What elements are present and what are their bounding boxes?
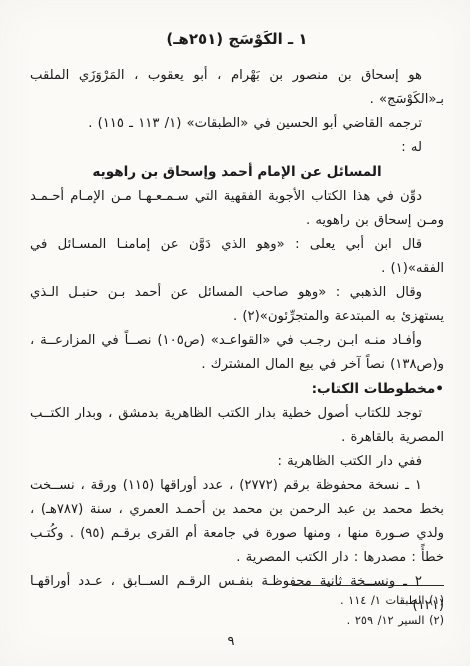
lahu-line: له : xyxy=(30,136,444,160)
work-paragraph-2: قال ابن أبي يعلى : «وهو الذي دَوَّن عن إ… xyxy=(30,233,444,281)
manuscripts-heading: •مخطوطات الكتاب: xyxy=(30,377,444,402)
entry-title: ١ ـ الكَوْسَج (٢٥١هـ) xyxy=(30,28,444,50)
manuscripts-paragraph-2: ففي دار الكتب الظاهرية : xyxy=(30,450,444,474)
work-title-heading: المسائل عن الإمام أحمد وإسحاق بن راهويه xyxy=(30,160,444,185)
footnote-2: (٢) السير ١٢/ ٢٥٩ . xyxy=(30,611,444,631)
manuscripts-paragraph-3: ١ ـ نسخة محفوظة برقم (٢٧٧٢) ، عدد أوراقه… xyxy=(30,474,444,570)
footnotes-block: (١) الطبقات ١/ ١١٤ . (٢) السير ١٢/ ٢٥٩ . xyxy=(30,585,444,631)
work-paragraph-4: وأفـاد منـه ابـن رجـب في «القواعـد» (ص١٠… xyxy=(30,329,444,377)
work-paragraph-3: وقال الذهبي : «وهو صاحب المسائل عن أحمد … xyxy=(30,281,444,329)
manuscripts-paragraph-1: توجد للكتاب أصول خطية بدار الكتب الظاهري… xyxy=(30,402,444,450)
page-number: ٩ xyxy=(0,633,462,651)
footnote-separator-rule xyxy=(292,585,444,586)
page-content: ١ ـ الكَوْسَج (٢٥١هـ) هو إسحاق بن منصور … xyxy=(30,28,444,618)
footnote-1: (١) الطبقات ١/ ١١٤ . xyxy=(30,591,444,611)
tarjama-paragraph: ترجمه القاضي أبو الحسين في «الطبقات» (١/… xyxy=(30,112,444,136)
work-paragraph-1: دوِّن في هذا الكتاب الأجوبة الفقهية التي… xyxy=(30,185,444,233)
bio-paragraph: هو إسحاق بن منصور بن بَهْرام ، أبو يعقوب… xyxy=(30,64,444,112)
scanned-book-page: ١ ـ الكَوْسَج (٢٥١هـ) هو إسحاق بن منصور … xyxy=(0,0,470,666)
